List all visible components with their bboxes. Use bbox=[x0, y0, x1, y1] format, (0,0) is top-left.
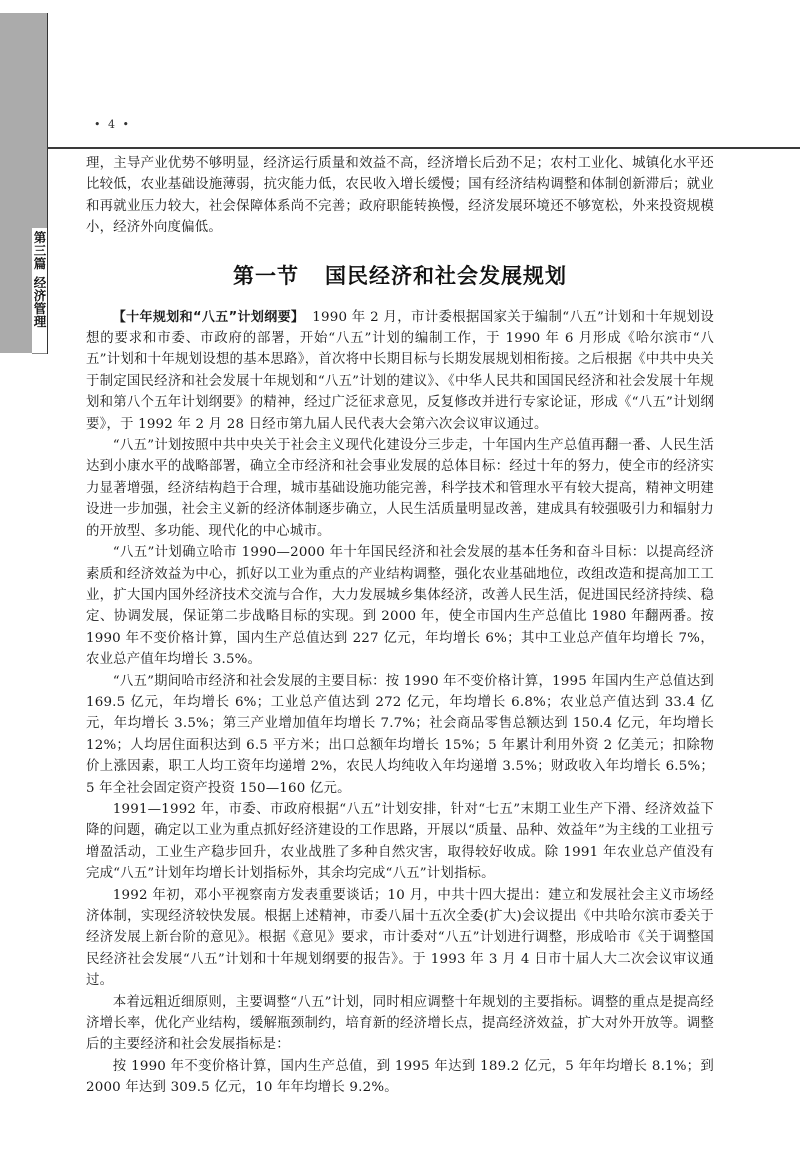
header-rule bbox=[47, 147, 800, 149]
paragraph-ten-year-goals: “八五”计划确立哈市 1990—2000 年十年国民经济和社会发展的基本任务和奋… bbox=[86, 542, 714, 670]
paragraph-gdp-targets: 按 1990 年不变价格计算，国内生产总值，到 1995 年达到 189.2 亿… bbox=[86, 1056, 714, 1099]
section-title: 国民经济和社会发展规划 bbox=[325, 263, 567, 288]
paragraph-eighth-five-year-targets: “八五”期间哈市经济和社会发展的主要目标：按 1990 年不变价格计算，1995… bbox=[86, 671, 714, 799]
part-tab-part: 第三篇 bbox=[34, 230, 47, 271]
page-body: 理，主导产业优势不够明显，经济运行质量和效益不高，经济增长后劲不足；农村工业化、… bbox=[86, 153, 714, 1099]
section-number: 第一节 bbox=[233, 263, 299, 288]
paragraph-strategy: “八五”计划按照中共中央关于社会主义现代化建设分三步走，十年国内生产总值再翻一番… bbox=[86, 435, 714, 542]
paragraph-outline: 【十年规划和“八五”计划纲要】1990 年 2 月，市计委根据国家关于编制“八五… bbox=[86, 307, 714, 435]
paragraph-adjustment-principle: 本着远粗近细原则，主要调整“八五”计划，同时相应调整十年规划的主要指标。调整的重… bbox=[86, 992, 714, 1056]
paragraph-text: 1990 年 2 月，市计委根据国家关于编制“八五”计划和十年规划设想的要求和市… bbox=[86, 310, 714, 432]
paragraph-lead-label: 【十年规划和“八五”计划纲要】 bbox=[113, 310, 305, 325]
paragraph-1992-adjustment: 1992 年初，邓小平视察南方发表重要谈话；10 月，中共十四大提出：建立和发展… bbox=[86, 885, 714, 992]
section-heading: 第一节国民经济和社会发展规划 bbox=[86, 261, 714, 291]
part-tab-label: 第三篇 经济管理 bbox=[33, 231, 47, 328]
part-tab-title: 经济管理 bbox=[34, 275, 47, 329]
paragraph-1991-1992: 1991—1992 年，市委、市政府根据“八五”计划安排，针对“七五”末期工业生… bbox=[86, 799, 714, 885]
side-margin-rule bbox=[47, 13, 48, 354]
page-number: • 4 • bbox=[94, 118, 131, 131]
intro-paragraph: 理，主导产业优势不够明显，经济运行质量和效益不高，经济增长后劲不足；农村工业化、… bbox=[86, 153, 714, 239]
